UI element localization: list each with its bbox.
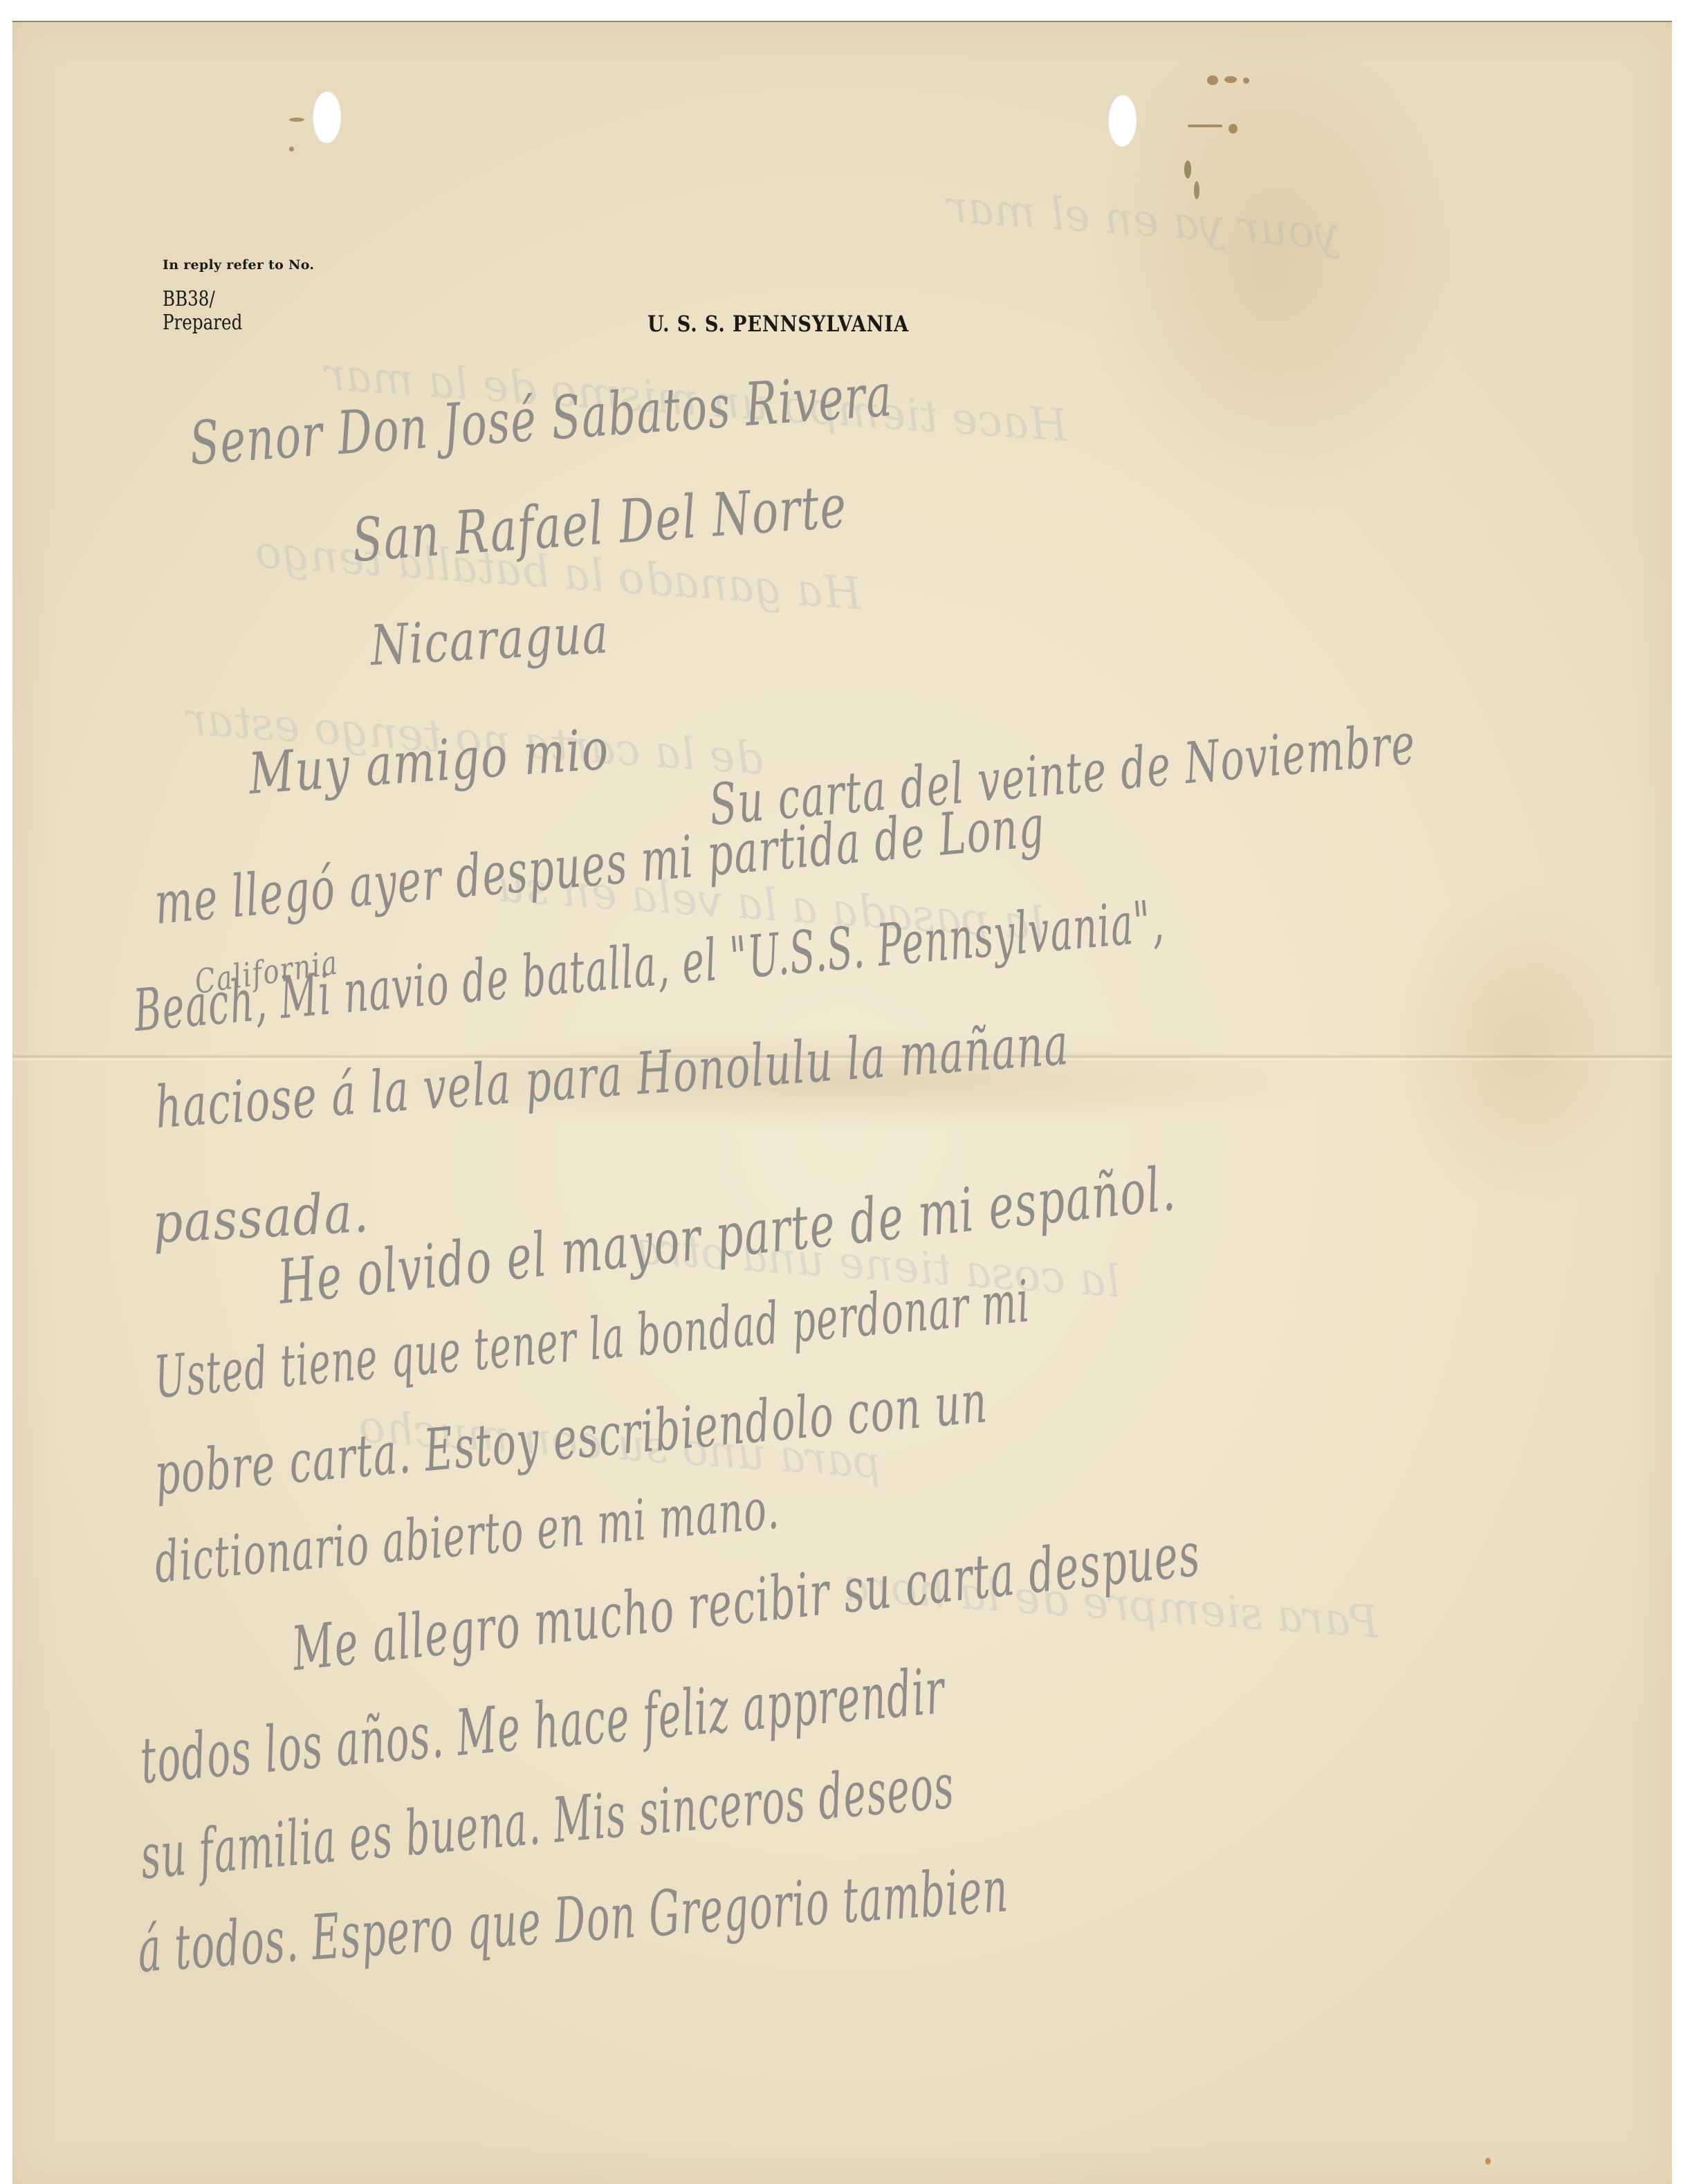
rust-stain: [289, 147, 294, 152]
punch-hole-right: [1107, 94, 1137, 147]
rust-stain: [289, 118, 304, 122]
address-line-country: Nicaragua: [369, 601, 611, 678]
rust-stain: [1184, 160, 1191, 178]
rust-stain: [1485, 2158, 1491, 2165]
punch-hole-left: [312, 91, 341, 143]
rust-stain: [1207, 75, 1218, 85]
reference-number: BB38/: [163, 288, 215, 311]
reference-status: Prepared: [163, 311, 242, 335]
rust-stain: [1229, 124, 1238, 134]
show-through-text: your ya en el mar: [945, 181, 1341, 260]
rust-stain: [1188, 125, 1222, 127]
rust-stain: [1194, 181, 1199, 199]
reply-reference-label: In reply refer to No.: [163, 257, 314, 273]
ship-letterhead-title: U. S. S. PENNSYLVANIA: [647, 311, 909, 337]
letter-paper: your ya en el mar Hace tiempo un mismo d…: [12, 21, 1672, 2184]
rust-stain: [1224, 76, 1237, 83]
rust-stain: [1243, 77, 1249, 84]
